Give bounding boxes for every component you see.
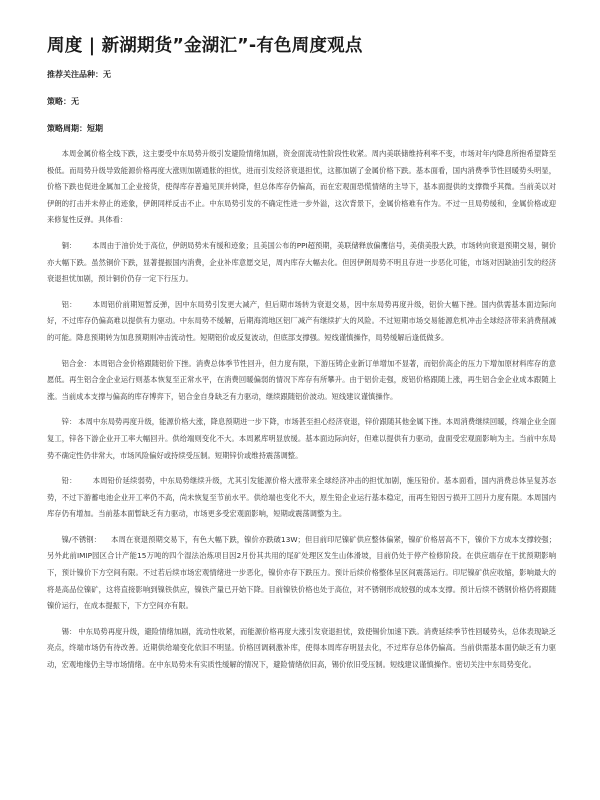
article-page: 周度 | 新湖期货”金湖汇”-有色周度观点 推荐关注品种：无 策略：无 策略周期…	[0, 0, 600, 800]
section-tin-text: 中东局势再度升级，避险情绪加剧，流动性收紧，而能源价格再度大涨引发衰退担忧，致使…	[47, 627, 556, 669]
section-aluminum-text: 本周铝价前期短暂反弹，因中东局势引发更大减产，但后期市场转为衰退交易，因中东局势…	[47, 300, 556, 342]
section-aluminum: 铝：本周铝价前期短暂反弹，因中东局势引发更大减产，但后期市场转为衰退交易，因中东…	[47, 297, 556, 347]
section-aluminum-alloy-metal: 铝合金：	[62, 359, 91, 368]
section-nickel-stainless-text: 本周在衰退预期交易下，有色大幅下跌，镍价亦跌破13W；但目前印尼镍矿供应整体偏紧…	[47, 535, 556, 610]
strategy: 策略：无	[47, 97, 556, 107]
section-zinc-metal: 锌：	[62, 417, 77, 426]
section-zinc-text: 本周中东局势再度升级，能源价格大涨，降息预期进一步下降，市场甚至担心经济衰退，锌…	[47, 417, 556, 459]
strategy-value: 无	[71, 97, 79, 106]
section-copper: 铜：本周由于油价处于高位，伊朗局势未有缓和迹象；且美国公布的PPI超预期，美联储…	[47, 238, 556, 288]
intro-paragraph: 本周金属价格全线下跌，这主要受中东局势升级引发避险情绪加剧，资金面流动性阶段性收…	[47, 146, 556, 229]
section-zinc: 锌：本周中东局势再度升级，能源价格大涨，降息预期进一步下降，市场甚至担心经济衰退…	[47, 414, 556, 464]
section-copper-metal: 铜：	[62, 241, 77, 250]
section-copper-text: 本周由于油价处于高位，伊朗局势未有缓和迹象；且美国公布的PPI超预期，美联储释放…	[47, 241, 556, 283]
strategy-label: 策略：	[47, 97, 71, 106]
section-tin: 锡：中东局势再度升级，避险情绪加剧，流动性收紧，而能源价格再度大涨引发衰退担忧，…	[47, 624, 556, 674]
section-tin-metal: 锡：	[62, 627, 77, 636]
section-lead-metal: 铅：	[62, 476, 77, 485]
section-nickel-stainless: 镍/不锈钢：本周在衰退预期交易下，有色大幅下跌，镍价亦跌破13W；但目前印尼镍矿…	[47, 532, 556, 615]
section-lead: 铅：本周铅价延续弱势，中东局势继续升级，尤其引发能源价格大涨带来全球经济冲击的担…	[47, 473, 556, 523]
section-aluminum-alloy-text: 本周铝合金价格跟随铝价下挫。消费总体季节性回升，但力度有限，下游压铸企业新订单增…	[47, 359, 556, 401]
section-aluminum-alloy: 铝合金：本周铝合金价格跟随铝价下挫。消费总体季节性回升，但力度有限，下游压铸企业…	[47, 356, 556, 406]
focus-varieties: 推荐关注品种：无	[47, 70, 556, 80]
strategy-period-label: 策略周期：	[47, 124, 87, 133]
focus-varieties-value: 无	[103, 70, 111, 79]
section-lead-text: 本周铅价延续弱势，中东局势继续升级，尤其引发能源价格大涨带来全球经济冲击的担忧加…	[47, 476, 556, 518]
strategy-period-value: 短期	[87, 124, 103, 133]
strategy-period: 策略周期：短期	[47, 124, 556, 134]
article-title: 周度 | 新湖期货”金湖汇”-有色周度观点	[47, 34, 556, 58]
focus-varieties-label: 推荐关注品种：	[47, 70, 103, 79]
section-nickel-stainless-metal: 镍/不锈钢：	[62, 535, 101, 544]
section-aluminum-metal: 铝：	[62, 300, 77, 309]
